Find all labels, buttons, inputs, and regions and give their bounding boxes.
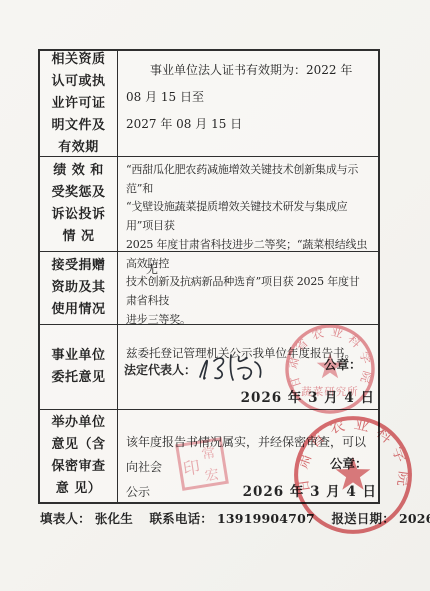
preparer-pair: 填表人：张化生 bbox=[40, 511, 133, 526]
legal-representative-label: 法定代表人： bbox=[124, 361, 196, 378]
report-table: 相关资质 认可或执 业许可证 明文件及 有效期 事业单位法人证书有效期为：202… bbox=[38, 49, 380, 504]
sponsor-seal-label: 公章： bbox=[330, 454, 368, 472]
legal-representative-signature bbox=[192, 347, 270, 389]
preparer-label: 填表人： bbox=[40, 511, 91, 526]
footer-line: 填表人：张化生 联系电话：13919904707 报送日期：2026 年 3 月… bbox=[40, 509, 400, 527]
row-sponsor-opinion-content: 该年度报告书情况属实，并经保密审查，可以向社会 公示 印 常 宏 公章： 202… bbox=[118, 410, 378, 502]
scanned-annual-report-page: 相关资质 认可或执 业许可证 明文件及 有效期 事业单位法人证书有效期为：202… bbox=[0, 0, 430, 591]
phone-pair: 联系电话：13919904707 bbox=[149, 511, 314, 526]
row-performance-content: “西甜瓜化肥农药减施增效关键技术创新集成与示范”和 “戈壁设施蔬菜提质增效关键技… bbox=[118, 157, 378, 251]
preparer-name: 张化生 bbox=[95, 511, 133, 526]
phone-label: 联系电话： bbox=[149, 511, 213, 526]
row-unit-opinion-label: 事业单位 委托意见 bbox=[40, 325, 118, 409]
row-donations: 接受捐赠 资助及其 使用情况 无 bbox=[40, 252, 378, 325]
row-performance: 绩 效 和 受奖惩及 诉讼投诉 情 况 “西甜瓜化肥农药减施增效关键技术创新集成… bbox=[40, 157, 378, 252]
row-unit-opinion-content: 兹委托登记管理机关公示我单位年度报告书。 法定代表人： 公章： 2026 年 3… bbox=[118, 325, 378, 409]
row-performance-label: 绩 效 和 受奖惩及 诉讼投诉 情 况 bbox=[40, 157, 118, 251]
phone-number: 13919904707 bbox=[217, 511, 315, 526]
row-donations-label: 接受捐赠 资助及其 使用情况 bbox=[40, 252, 118, 324]
row-qualification: 相关资质 认可或执 业许可证 明文件及 有效期 事业单位法人证书有效期为：202… bbox=[40, 51, 378, 157]
unit-opinion-date: 2026 年 3 月 4 日 bbox=[241, 386, 375, 406]
row-qualification-label: 相关资质 认可或执 业许可证 明文件及 有效期 bbox=[40, 51, 118, 156]
submit-date-pair: 报送日期：2026 年 3 月 4 日 bbox=[331, 511, 430, 526]
row-sponsor-opinion-label: 举办单位 意见（含 保密审查 意 见） bbox=[40, 410, 118, 502]
unit-seal-label: 公章： bbox=[324, 355, 362, 373]
sponsor-opinion-date: 2026 年 3 月 4 日 bbox=[243, 480, 377, 500]
row-qualification-content: 事业单位法人证书有效期为：2022 年 08 月 15 日至 2027 年 08… bbox=[118, 51, 378, 156]
row-donations-content: 无 bbox=[118, 252, 378, 324]
submit-date: 2026 年 3 月 4 日 bbox=[399, 511, 430, 526]
row-unit-opinion: 事业单位 委托意见 兹委托登记管理机关公示我单位年度报告书。 法定代表人： 公章… bbox=[40, 325, 378, 410]
submit-date-label: 报送日期： bbox=[331, 511, 395, 526]
row-sponsor-opinion: 举办单位 意见（含 保密审查 意 见） 该年度报告书情况属实，并经保密审查，可以… bbox=[40, 410, 378, 502]
